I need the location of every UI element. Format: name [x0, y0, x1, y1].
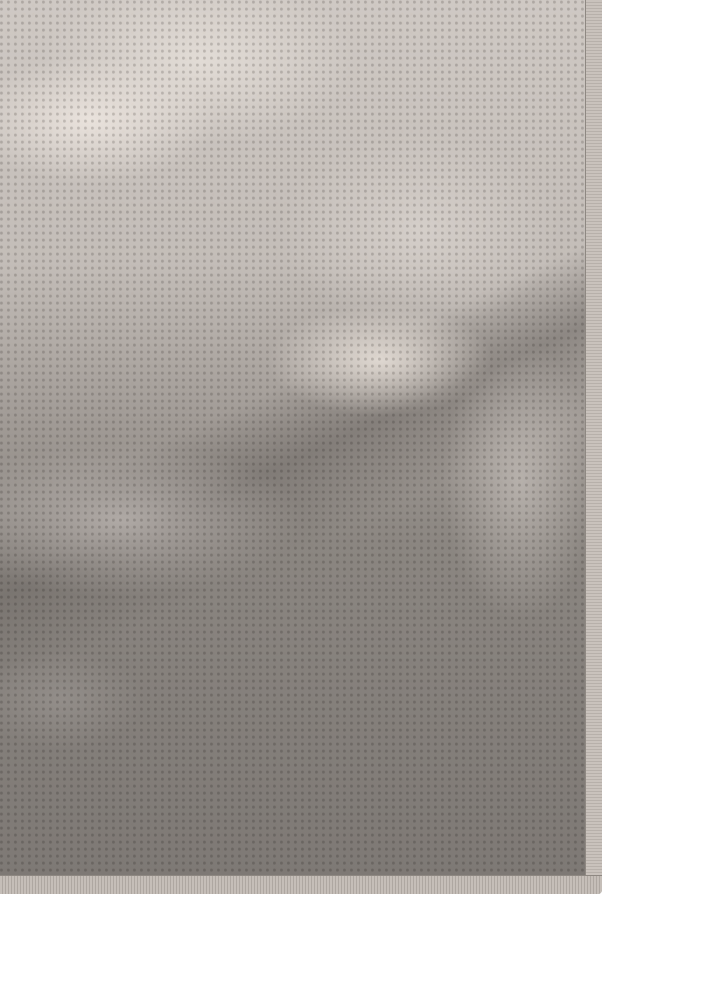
rug-pile-pattern: [0, 0, 586, 876]
rug-corner: [0, 0, 602, 894]
rug-binding-bottom-edge: [0, 875, 602, 894]
rug-texture: [0, 0, 586, 876]
rug-binding-right-edge: [585, 0, 602, 894]
